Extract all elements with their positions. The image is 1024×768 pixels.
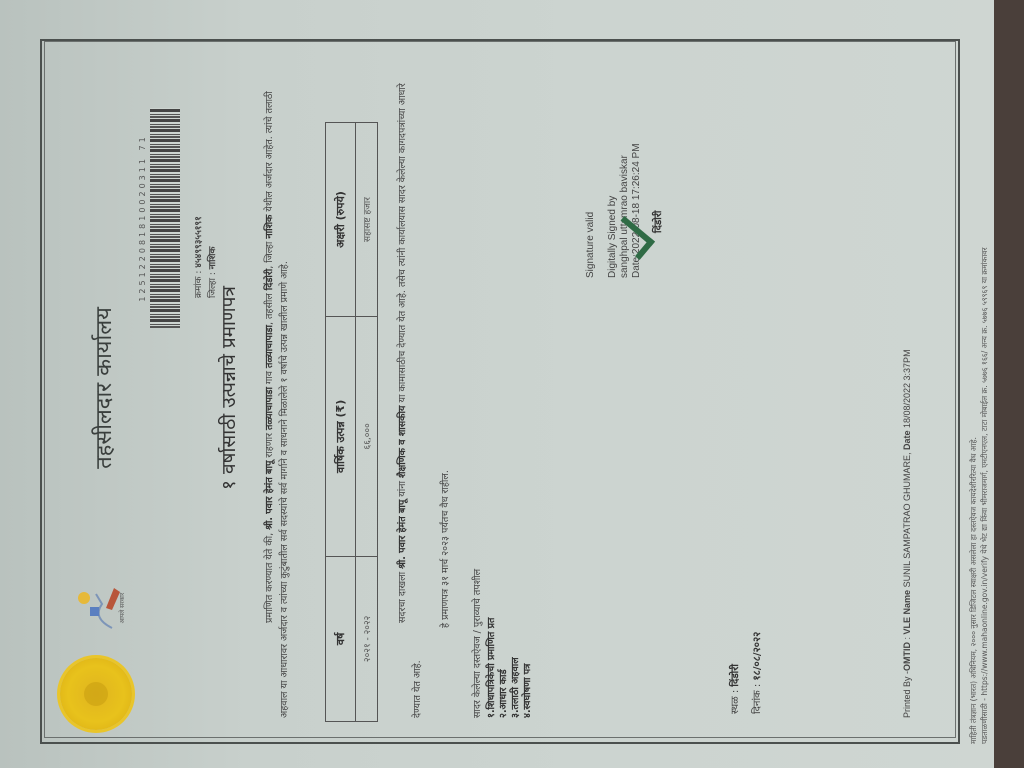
village: तळ्याचापाडा [264,325,275,368]
certificate-title: १ वर्षासाठी उत्पन्नाचे प्रमाणपत्र [215,18,241,758]
cell-words: सहासष्ट हजार [356,123,378,317]
signature-place: दिंडोरी [650,210,664,233]
list-item: ४.स्वघोषणा पत्र [522,618,534,718]
list-item: ३.तलाठी अहवाल [510,618,522,718]
footer-note: माहिती तंत्रज्ञान (भारत) अधिनियम, २००० न… [968,34,990,744]
document-photo: आपले सरकार तहसीलदार कार्यालय 12512208181… [0,0,1000,768]
background-surface [994,0,1024,768]
table-row: २०२१ - २०२२ ६६,००० सहासष्ट हजार [356,123,378,722]
date-label: दिनांक [752,690,763,714]
footer-line: पडताळणीसाठी - https://www.mahaonline.gov… [979,34,990,744]
printed-by: OMTID [902,642,912,671]
p1-text: , तहसील [264,293,275,325]
col-in-words: अक्षरी (रुपये) [326,123,356,317]
vle-label: VLE Name [902,590,912,635]
col-year: वर्ष [326,556,356,721]
printed-label: Printed By - [902,671,912,718]
printed-date: 18/08/2022 3:37PM [902,349,912,428]
residence: तळ्याचापाडा [264,387,275,430]
p1-text: गाव [264,371,275,384]
place-label: स्थळ [730,696,741,714]
p1-text: , जिल्हा [264,242,275,269]
documents-title: सादर केलेल्या दस्तऐवज / पुराव्याचे तपशील [470,569,483,718]
digital-signature: Signature valid Digitally Signed by sang… [585,143,643,278]
district: नाशिक [264,215,275,239]
vle-name: SUNIL SAMPATRAO GHUMARE [902,455,912,587]
signature-line: Digitally Signed by [607,143,619,278]
purpose: शैक्षणिक व शासकीय [397,406,408,478]
footer-line: माहिती तंत्रज्ञान (भारत) अधिनियम, २००० न… [968,34,979,744]
place-date-block: स्थळ : दिंडोरी दिनांक : १८/०८/२०२२ [725,632,769,714]
signer-name: sanghpal uttamrao baviskar [619,143,631,278]
certificate-page: आपले सरकार तहसीलदार कार्यालय 12512208181… [0,18,1000,758]
list-item: २.आधार कार्ड [498,618,510,718]
printed-by-line: Printed By -OMTID : VLE Name SUNIL SAMPA… [902,349,912,718]
logo-caption: आपले सरकार [118,578,126,638]
p1-text: राहणार [264,433,275,458]
applicant-name: श्री. पवार हेमंत बापू [264,461,275,530]
applicant-name: श्री. पवार हेमंत बापू [397,500,408,569]
p2-prefix: सदरचा दाखला [397,572,408,623]
ref-value: ४५४९९३५५१९१ [194,216,204,267]
taluka: दिंडोरी [264,269,275,290]
place-value: दिंडोरी [730,664,741,687]
col-annual-income: वार्षिक उत्पन्न (₹) [326,316,356,556]
barcode-icon [150,108,180,328]
validity-text: हे प्रमाणपत्र ३१ मार्च २०२३ पर्यंतच वैध … [438,0,453,628]
barcode-number: 125122081810020311 71 [138,108,147,328]
ref-label: क्रमांक [194,276,204,298]
purpose-paragraph: सदरचा दाखला श्री. पवार हेमंत बापू यांना … [395,78,425,718]
p1-prefix: प्रमाणित करण्यात येते की, [264,533,275,623]
list-item: १.शिधापत्रिकेची प्रमाणित प्रत [486,618,498,718]
printed-date-label: Date [902,431,912,451]
cell-income: ६६,००० [356,316,378,556]
income-table: वर्ष वार्षिक उत्पन्न (₹) अक्षरी (रुपये) … [325,122,378,722]
certification-paragraph: प्रमाणित करण्यात येते की, श्री. पवार हेम… [262,78,292,718]
office-title: तहसीलदार कार्यालय [88,18,118,758]
cell-year: २०२१ - २०२२ [356,556,378,721]
signature-status: Signature valid [585,143,597,278]
date-value: १८/०८/२०२२ [752,632,763,681]
documents-list: १.शिधापत्रिकेची प्रमाणित प्रत २.आधार कार… [486,618,534,718]
p2-text: यांना [397,481,408,497]
